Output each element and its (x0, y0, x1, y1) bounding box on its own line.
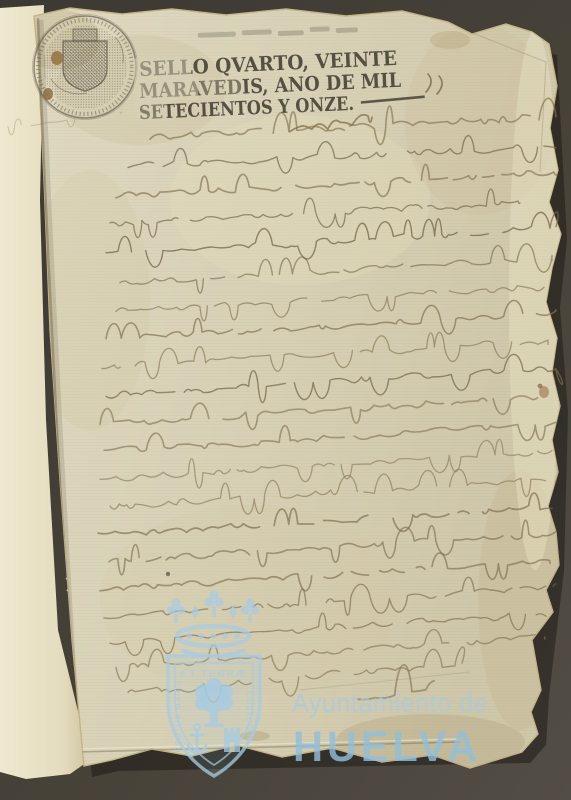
watermark-line1: Ayuntamiento de (292, 688, 488, 718)
seal-crown (73, 29, 97, 41)
ink-stain (43, 88, 53, 100)
document-canvas: SELLO QVARTO, VEINTE MARAVEDIS, ANO DE M… (0, 0, 571, 800)
watermark-motto-left: PORTUS MARIS (174, 680, 183, 753)
watermark-line2: HUELVA (293, 723, 481, 771)
seal-shield (63, 41, 107, 91)
ink-stain (51, 51, 63, 65)
watermark-tower-icon (224, 728, 240, 752)
scanned-document-photo: SELLO QVARTO, VEINTE MARAVEDIS, ANO DE M… (0, 0, 571, 800)
watermark-motto-right: CUSTODIA (245, 691, 254, 740)
